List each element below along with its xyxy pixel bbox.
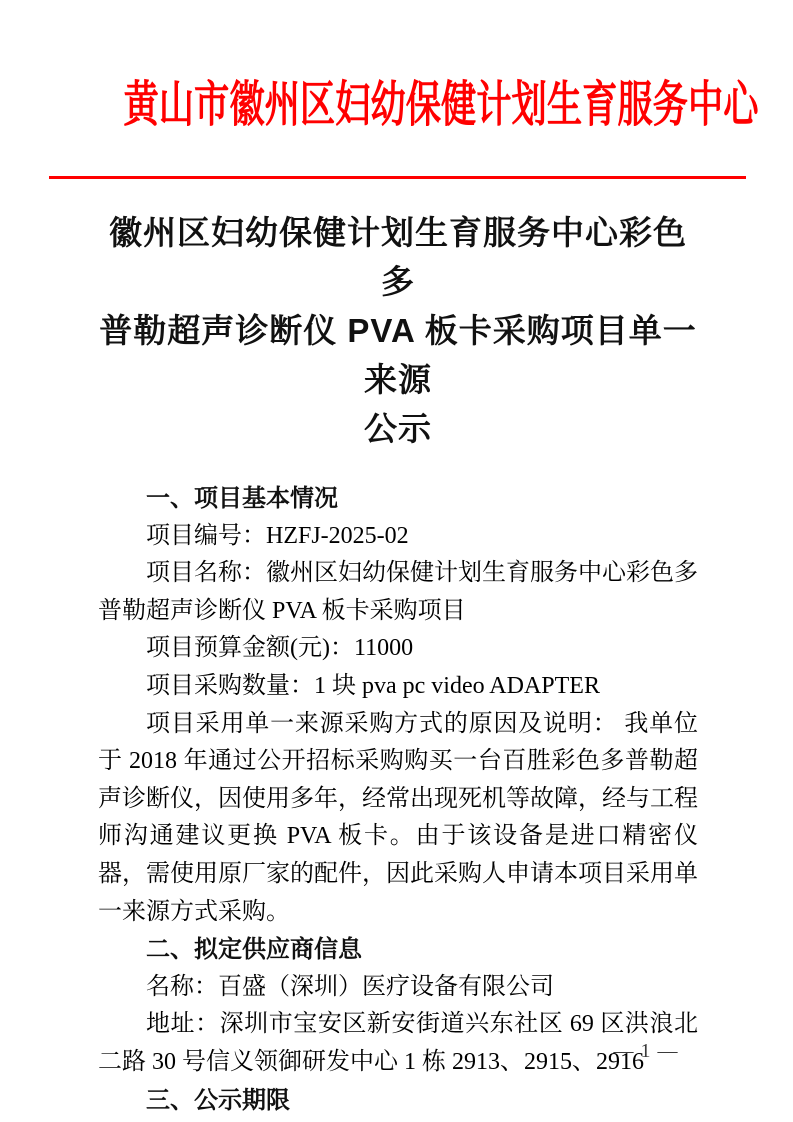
letterhead-divider-line bbox=[49, 176, 746, 179]
document-title: 徽州区妇幼保健计划生育服务中心彩色多 普勒超声诊断仪 PVA 板卡采购项目单一来… bbox=[98, 208, 698, 453]
paragraph-project-budget: 项目预算金额(元)：11000 bbox=[98, 630, 698, 668]
document-body: 一、项目基本情况 项目编号：HZFJ-2025-02 项目名称：徽州区妇幼保健计… bbox=[98, 480, 698, 1119]
page-number: — 1 — bbox=[611, 1040, 681, 1063]
paragraph-supplier-address: 地址：深圳市宝安区新安街道兴东社区 69 区洪浪北二路 30 号信义领御研发中心… bbox=[98, 1006, 698, 1081]
document-title-line-3: 公示 bbox=[98, 404, 698, 453]
section-heading-supplier-info: 二、拟定供应商信息 bbox=[98, 931, 698, 969]
section-heading-publicity-period: 三、公示期限 bbox=[98, 1082, 698, 1120]
document-title-line-2: 普勒超声诊断仪 PVA 板卡采购项目单一来源 bbox=[98, 306, 698, 404]
document-title-line-1: 徽州区妇幼保健计划生育服务中心彩色多 bbox=[98, 208, 698, 306]
letterhead-org-name: 黄山市徽州区妇幼保健计划生育服务中心 bbox=[123, 78, 758, 132]
document-page: 黄山市徽州区妇幼保健计划生育服务中心 徽州区妇幼保健计划生育服务中心彩色多 普勒… bbox=[0, 0, 793, 1122]
paragraph-project-quantity: 项目采购数量：1 块 pva pc video ADAPTER bbox=[98, 668, 698, 706]
paragraph-project-name: 项目名称：徽州区妇幼保健计划生育服务中心彩色多普勒超声诊断仪 PVA 板卡采购项… bbox=[98, 555, 698, 630]
paragraph-project-number: 项目编号：HZFJ-2025-02 bbox=[98, 518, 698, 556]
section-heading-basic-info: 一、项目基本情况 bbox=[98, 480, 698, 518]
paragraph-supplier-name: 名称：百盛（深圳）医疗设备有限公司 bbox=[98, 969, 698, 1007]
paragraph-single-source-reason: 项目采用单一来源采购方式的原因及说明： 我单位于 2018 年通过公开招标采购购… bbox=[98, 706, 698, 932]
letterhead: 黄山市徽州区妇幼保健计划生育服务中心 bbox=[0, 0, 793, 132]
